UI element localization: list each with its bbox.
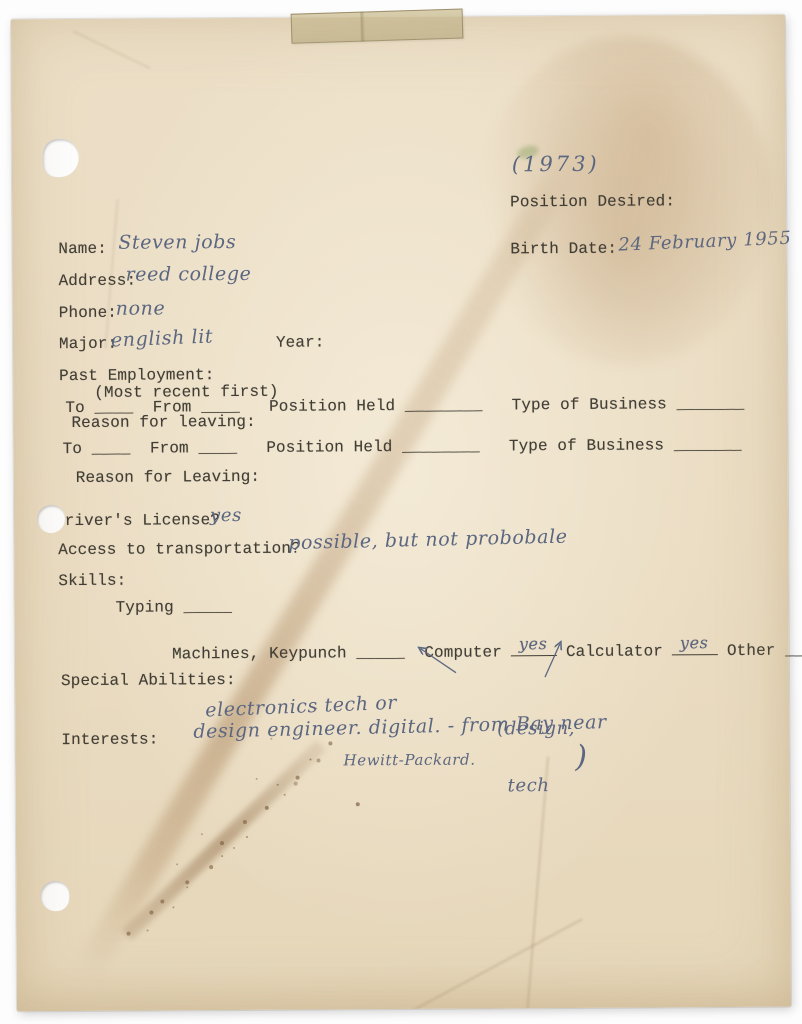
calculator-label: Calculator: [566, 642, 663, 661]
phone-label: Phone:: [59, 305, 117, 321]
birth-date-label: Birth Date:: [510, 241, 617, 258]
stain-speckles: [11, 19, 13, 21]
drivers-license-value: yes: [210, 505, 242, 526]
typing-label: Typing _____: [116, 599, 233, 616]
paper-crease: [73, 30, 150, 68]
calculator-value: yes: [680, 635, 709, 651]
skills-label: Skills:: [58, 573, 126, 589]
computer-answer-line: yes: [511, 641, 557, 656]
scanned-document: (1973) Position Desired: Birth Date: 24 …: [0, 0, 802, 1024]
position-desired-label: Position Desired:: [510, 193, 675, 210]
design-tech-note: (design, tech ): [459, 662, 588, 853]
calculator-answer-line: yes: [672, 640, 718, 655]
past-employment-label: Past Employment:: [59, 367, 214, 384]
paper-crease: [410, 918, 582, 1011]
major-label: Major:: [59, 336, 117, 352]
name-value: Steven jobs: [118, 231, 236, 254]
phone-value: none: [116, 297, 166, 319]
major-value: english lit: [111, 325, 214, 351]
employment-row-2: To ____ From ____ Position Held ________…: [63, 437, 742, 457]
reason-leaving-2: Reason for Leaving:: [76, 469, 260, 486]
name-label: Name:: [58, 241, 107, 257]
year-label: Year:: [276, 334, 325, 350]
drivers-license-label: Driver's License?: [55, 512, 220, 529]
tape-strip: [291, 9, 464, 44]
machines-label: Machines, Keypunch _____ Computer: [172, 643, 502, 663]
address-value: reed college: [125, 263, 251, 286]
paper-sheet: (1973) Position Desired: Birth Date: 24 …: [11, 15, 791, 1012]
interests-value-line2: Hewitt-Packard.: [343, 751, 475, 770]
design-note-paren: ): [575, 739, 588, 774]
computer-value: yes: [519, 636, 548, 652]
transportation-label: Access to transportation?: [58, 541, 301, 558]
special-abilities-label: Special Abilities:: [61, 672, 236, 689]
year-annotation: (1973): [512, 152, 600, 177]
interests-label: Interests:: [61, 731, 158, 748]
other-label: Other _____: [727, 641, 802, 660]
reason-leaving-1: Reason for leaving:: [71, 414, 255, 431]
design-note-line2: tech: [498, 776, 576, 795]
punch-hole-bottom: [40, 881, 69, 911]
